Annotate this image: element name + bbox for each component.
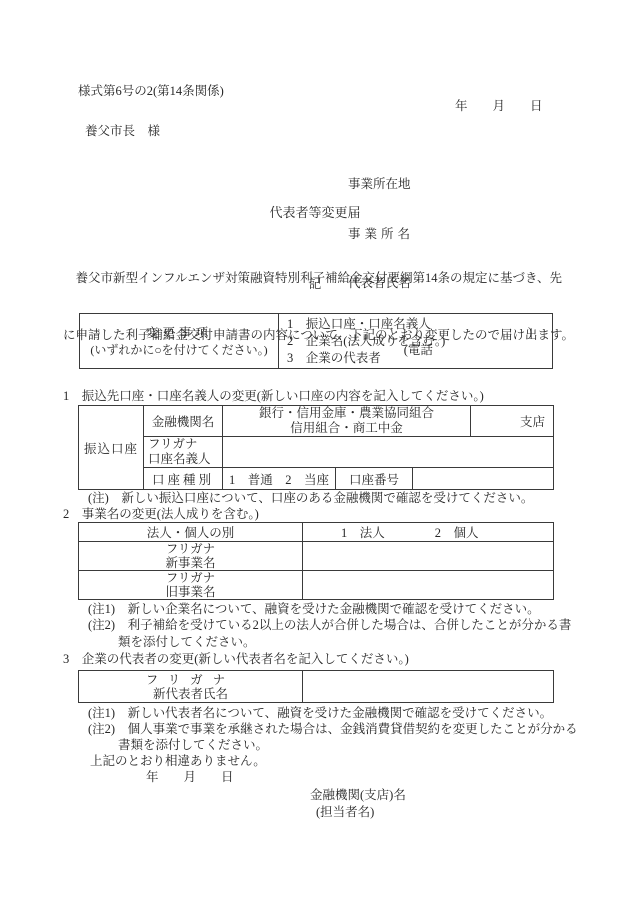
change-items-table: 変更事項 (いずれかに○を付けてください。) 1 振込口座・口座名義人 2 企業… — [79, 313, 553, 369]
bank-type-line-2: 信用組合・商工中金 — [223, 421, 470, 436]
holder-input-cell — [223, 437, 554, 468]
new-representative-input-cell — [303, 671, 554, 703]
furigana-label: フリガナ — [79, 571, 302, 585]
change-items-header-cell: 変更事項 (いずれかに○を付けてください。) — [80, 314, 279, 369]
bank-type-line-1: 銀行・信用金庫・農業協同組合 — [223, 406, 470, 421]
old-business-name-label-cell: フリガナ 旧事業名 — [79, 571, 303, 600]
old-business-name-label: 旧事業名 — [79, 585, 302, 599]
furigana-label: フリガナ — [79, 542, 302, 556]
new-representative-label-cell: フリガナ 新代表者氏名 — [79, 671, 303, 703]
section3-note2-line2: 書類を添付してください。 — [118, 738, 268, 754]
change-items-instruction: (いずれかに○を付けてください。) — [80, 342, 278, 358]
declaration: 上記のとおり相違ありません。 — [90, 754, 266, 770]
account-number-input-cell — [413, 468, 554, 490]
new-representative-label: 新代表者氏名 — [79, 687, 302, 701]
branch-label: 支店 — [471, 406, 554, 437]
representative-table: フリガナ 新代表者氏名 — [78, 670, 554, 703]
section3-note2-line1: (注2) 個人事業で事業を承継された場合は、金銭消費貸借契約を変更したことが分か… — [88, 722, 578, 738]
date-line-bottom: 年 月 日 — [146, 770, 234, 786]
holder-label-cell: フリガナ 口座名義人 — [144, 437, 223, 468]
business-address-label: 事業所在地 — [348, 175, 433, 193]
document-title: 代表者等変更届 — [0, 205, 630, 221]
change-option-1: 1 振込口座・口座名義人 — [279, 316, 552, 333]
new-business-name-label-cell: フリガナ 新事業名 — [79, 542, 303, 571]
form-number: 様式第6号の2(第14条関係) — [78, 84, 224, 100]
old-business-name-input-cell — [303, 571, 554, 600]
change-items-options-cell: 1 振込口座・口座名義人 2 企業名(法人成りを含む。) 3 企業の代表者 — [279, 314, 553, 369]
section2-heading: 2 事業名の変更(法人成りを含む。) — [63, 507, 259, 523]
entity-type-options: 1 法人 2 個人 — [303, 523, 554, 542]
new-business-name-input-cell — [303, 542, 554, 571]
furigana-label: フリガナ — [79, 673, 302, 687]
section3-heading: 3 企業の代表者の変更(新しい代表者名を記入してください。) — [63, 652, 409, 668]
section1-heading: 1 振込先口座・口座名義人の変更(新しい口座の内容を記入してください。) — [63, 389, 484, 405]
furigana-label: フリガナ — [144, 437, 222, 452]
ki-marker: 記 — [0, 277, 630, 293]
section3-note1: (注1) 新しい代表者名について、融資を受けた金融機関で確認を受けてください。 — [88, 706, 552, 722]
account-type-label: 口座種別 — [144, 468, 223, 490]
bank-name-label: 金融機関名 — [144, 406, 223, 437]
staff-name-label: (担当者名) — [316, 805, 374, 821]
section1-note: (注) 新しい振込口座について、口座のある金融機関で確認を受けてください。 — [88, 491, 533, 507]
section2-note2-line2: 類を添付してください。 — [118, 635, 256, 651]
business-name-table: 法人・個人の別 1 法人 2 個人 フリガナ 新事業名 フリガナ 旧事業名 — [78, 522, 554, 600]
section2-note2-line1: (注2) 利子補給を受けている2以上の法人が合併した場合は、合併したことが分かる… — [88, 618, 571, 634]
financial-institution-label: 金融機関(支店)名 — [310, 788, 406, 804]
bank-type-cell: 銀行・信用金庫・農業協同組合 信用組合・商工中金 — [223, 406, 471, 437]
holder-label: 口座名義人 — [144, 452, 222, 467]
new-business-name-label: 新事業名 — [79, 556, 302, 570]
account-type-options: 1 普通 2 当座 — [223, 468, 336, 490]
entity-type-label: 法人・個人の別 — [79, 523, 303, 542]
bank-account-table: 振込口座 金融機関名 銀行・信用金庫・農業協同組合 信用組合・商工中金 支店 フ… — [78, 405, 554, 490]
account-number-label: 口座番号 — [336, 468, 413, 490]
change-option-3: 3 企業の代表者 — [279, 350, 552, 367]
document-page: 様式第6号の2(第14条関係) 年 月 日 養父市長 様 事業所在地 事業所名 … — [0, 0, 630, 903]
date-line-top: 年 月 日 — [455, 99, 543, 115]
change-items-title: 変更事項 — [80, 325, 278, 342]
section2-note1: (注1) 新しい企業名について、融資を受けた金融機関で確認を受けてください。 — [88, 602, 540, 618]
bank-account-row-header: 振込口座 — [79, 406, 144, 490]
change-option-2: 2 企業名(法人成りを含む。) — [279, 333, 552, 350]
addressee: 養父市長 様 — [85, 124, 160, 140]
